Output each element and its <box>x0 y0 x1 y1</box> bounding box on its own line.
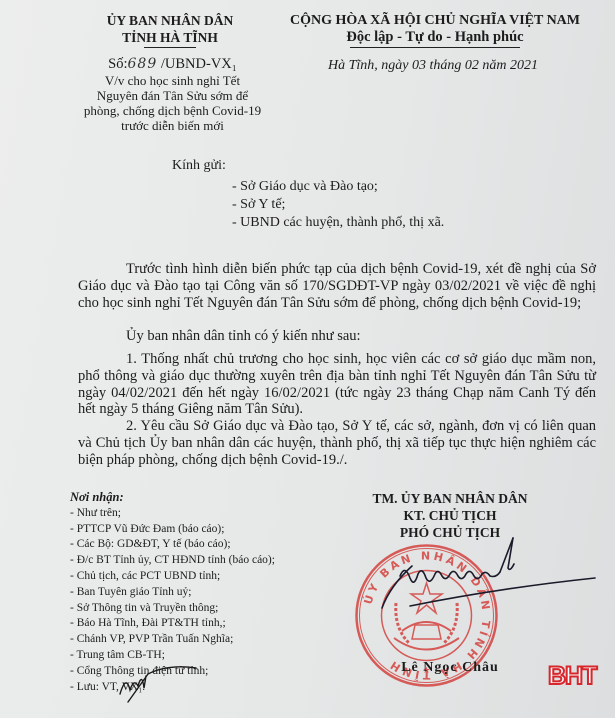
paragraph-text: 1. Thống nhất chủ trương cho học sinh, h… <box>78 351 596 417</box>
distribution-item: - PTTCP Vũ Đức Đam (báo cáo); <box>70 522 310 538</box>
subject-line: V/v cho học sinh nghỉ Tết <box>60 73 285 88</box>
document-reference: Số:689 /UBND-VX₁ V/v cho học sinh nghỉ T… <box>60 55 285 133</box>
authority-line-2: TỈNH HÀ TĨNH <box>95 29 245 46</box>
paragraph-text: 2. Yêu cầu Sở Giáo dục và Đào tạo, Sở Y … <box>78 418 596 468</box>
issuing-authority: ỦY BAN NHÂN DÂN TỈNH HÀ TĨNH <box>95 12 245 48</box>
authority-underline <box>144 47 196 48</box>
bht-watermark-logo: BHT <box>548 662 596 691</box>
initials-scribble-icon <box>118 664 198 704</box>
distribution-item: - Báo Hà Tĩnh, Đài PT&TH tỉnh,; <box>70 616 310 632</box>
document-number: Số:689 /UBND-VX₁ <box>60 55 285 73</box>
subject-line: trước diễn biến mới <box>60 118 285 133</box>
signer-name: Lê Ngọc Châu <box>330 660 570 676</box>
body-paragraph: Ủy ban nhân dân tỉnh có ý kiến như sau: <box>78 328 596 345</box>
distribution-item: - Sở Thông tin và Truyền thông; <box>70 601 310 617</box>
signature-block: TM. ỦY BAN NHÂN DÂN KT. CHỦ TỊCH PHÓ CHỦ… <box>330 490 570 541</box>
signature-title-2: KT. CHỦ TỊCH <box>330 507 570 524</box>
body-paragraph: Trước tình hình diễn biến phức tạp của d… <box>78 261 596 311</box>
distribution-item: - Như trên; <box>70 506 310 522</box>
recipient-item: - UBND các huyện, thành phố, thị xã. <box>232 214 444 232</box>
national-motto: Độc lập - Tự do - Hạnh phúc <box>280 29 590 46</box>
date-line: Hà Tĩnh, ngày 03 tháng 02 năm 2021 <box>303 58 563 74</box>
distribution-item: - Đ/c BT Tỉnh ủy, CT HĐND tỉnh (báo cáo)… <box>70 553 310 569</box>
distribution-item: - Chánh VP, PVP Trần Tuấn Nghĩa; <box>70 632 310 648</box>
nation-title: CỘNG HÒA XÃ HỘI CHỦ NGHĨA VIỆT NAM <box>280 12 590 29</box>
body-paragraph: 1. Thống nhất chủ trương cho học sinh, h… <box>78 351 596 418</box>
handwritten-number: 689 <box>128 56 158 72</box>
national-header: CỘNG HÒA XÃ HỘI CHỦ NGHĨA VIỆT NAM Độc l… <box>280 12 590 48</box>
subject-line: Nguyên đán Tân Sửu sớm để <box>60 88 285 103</box>
recipient-list: - Sở Giáo dục và Đào tạo; - Sở Y tế; - U… <box>232 178 444 232</box>
distribution-item: - Chủ tịch, các PCT UBND tỉnh; <box>70 569 310 585</box>
signature-title-1: TM. ỦY BAN NHÂN DÂN <box>330 490 570 507</box>
distribution-title: Nơi nhận: <box>70 490 310 506</box>
recipient-item: - Sở Y tế; <box>232 196 444 214</box>
number-suffix: /UBND-VX₁ <box>161 56 237 72</box>
number-prefix: Số: <box>108 56 127 72</box>
greeting: Kính gửi: <box>172 158 226 174</box>
motto-underline <box>350 47 520 48</box>
paragraph-text: Trước tình hình diễn biến phức tạp của d… <box>78 261 596 311</box>
signature-scribble-icon <box>380 536 610 646</box>
authority-line-1: ỦY BAN NHÂN DÂN <box>95 12 245 29</box>
recipient-item: - Sở Giáo dục và Đào tạo; <box>232 178 444 196</box>
distribution-item: - Các Bộ: GD&ĐT, Y tế (báo cáo); <box>70 537 310 553</box>
distribution-item: - Trung tâm CB-TH; <box>70 648 310 664</box>
subject-line: phòng, chống dịch bệnh Covid-19 <box>60 103 285 118</box>
distribution-item: - Ban Tuyên giáo Tỉnh uỷ; <box>70 585 310 601</box>
body-paragraph: 2. Yêu cầu Sở Giáo dục và Đào tạo, Sở Y … <box>78 418 596 468</box>
